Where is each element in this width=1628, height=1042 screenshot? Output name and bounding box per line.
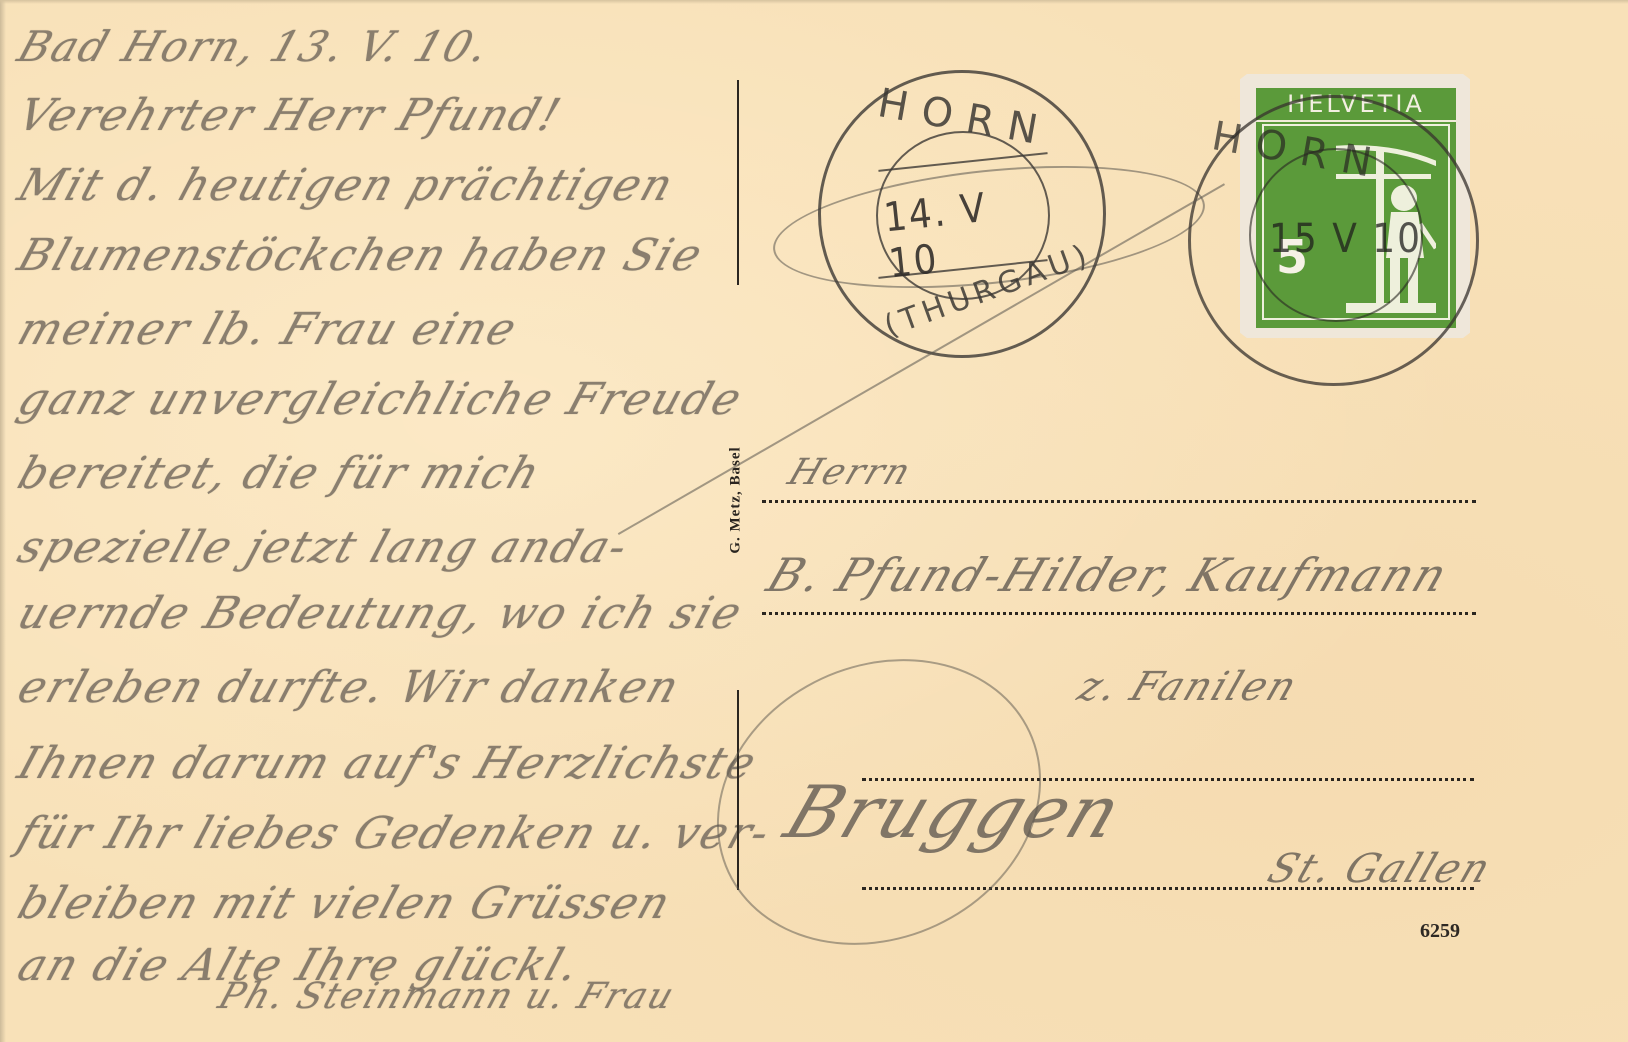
message-line: ganz unvergleichliche Freude: [12, 374, 750, 425]
postmark-horn-stamp-cancel: HORN 15 V 10: [1188, 95, 1479, 386]
address-line-1: [762, 500, 1476, 503]
message-line: spezielle jetzt lang anda-: [12, 522, 636, 573]
message-line: bleiben mit vielen Grüssen: [12, 878, 678, 929]
postmark-band: [878, 152, 1047, 172]
message-line: für Ihr liebes Gedenken u. ver-: [12, 808, 778, 859]
message-line: Ihnen darum auf's Herzlichste: [12, 738, 764, 789]
postcard-back: Bad Horn, 13. V. 10. Verehrter Herr Pfun…: [0, 0, 1628, 1042]
center-divider-top: [737, 80, 739, 285]
postmark-horn-thurgau: 14. V 10 HORN (THURGAU): [818, 70, 1106, 358]
address-line-2: [762, 612, 1476, 615]
postmark-inner-ring: [1249, 148, 1423, 322]
pencil-flourish: [670, 607, 1089, 996]
message-line: erleben durfte. Wir danken: [12, 662, 687, 713]
address-recipient: B. Pfund-Hilder, Kaufmann: [760, 548, 1456, 602]
card-edge-top: [0, 0, 1628, 4]
message-line: Bad Horn, 13. V. 10.: [12, 22, 496, 71]
message-line: uernde Bedeutung, wo ich sie: [12, 588, 750, 639]
message-line: Mit d. heutigen prächtigen: [12, 160, 681, 211]
message-line: Verehrter Herr Pfund!: [12, 90, 568, 141]
signature: Ph. Steinmann u. Frau: [213, 976, 680, 1017]
message-line: Blumenstöckchen haben Sie: [12, 230, 710, 281]
address-street: z. Fanilen: [1072, 664, 1305, 710]
address-salutation: Herrn: [783, 452, 918, 493]
message-line: bereitet, die für mich: [12, 448, 548, 499]
address-region: St. Gallen: [1262, 846, 1498, 892]
card-serial-number: 6259: [1420, 920, 1460, 943]
card-edge-left: [0, 0, 6, 1042]
message-line: meiner lb. Frau eine: [12, 304, 525, 355]
